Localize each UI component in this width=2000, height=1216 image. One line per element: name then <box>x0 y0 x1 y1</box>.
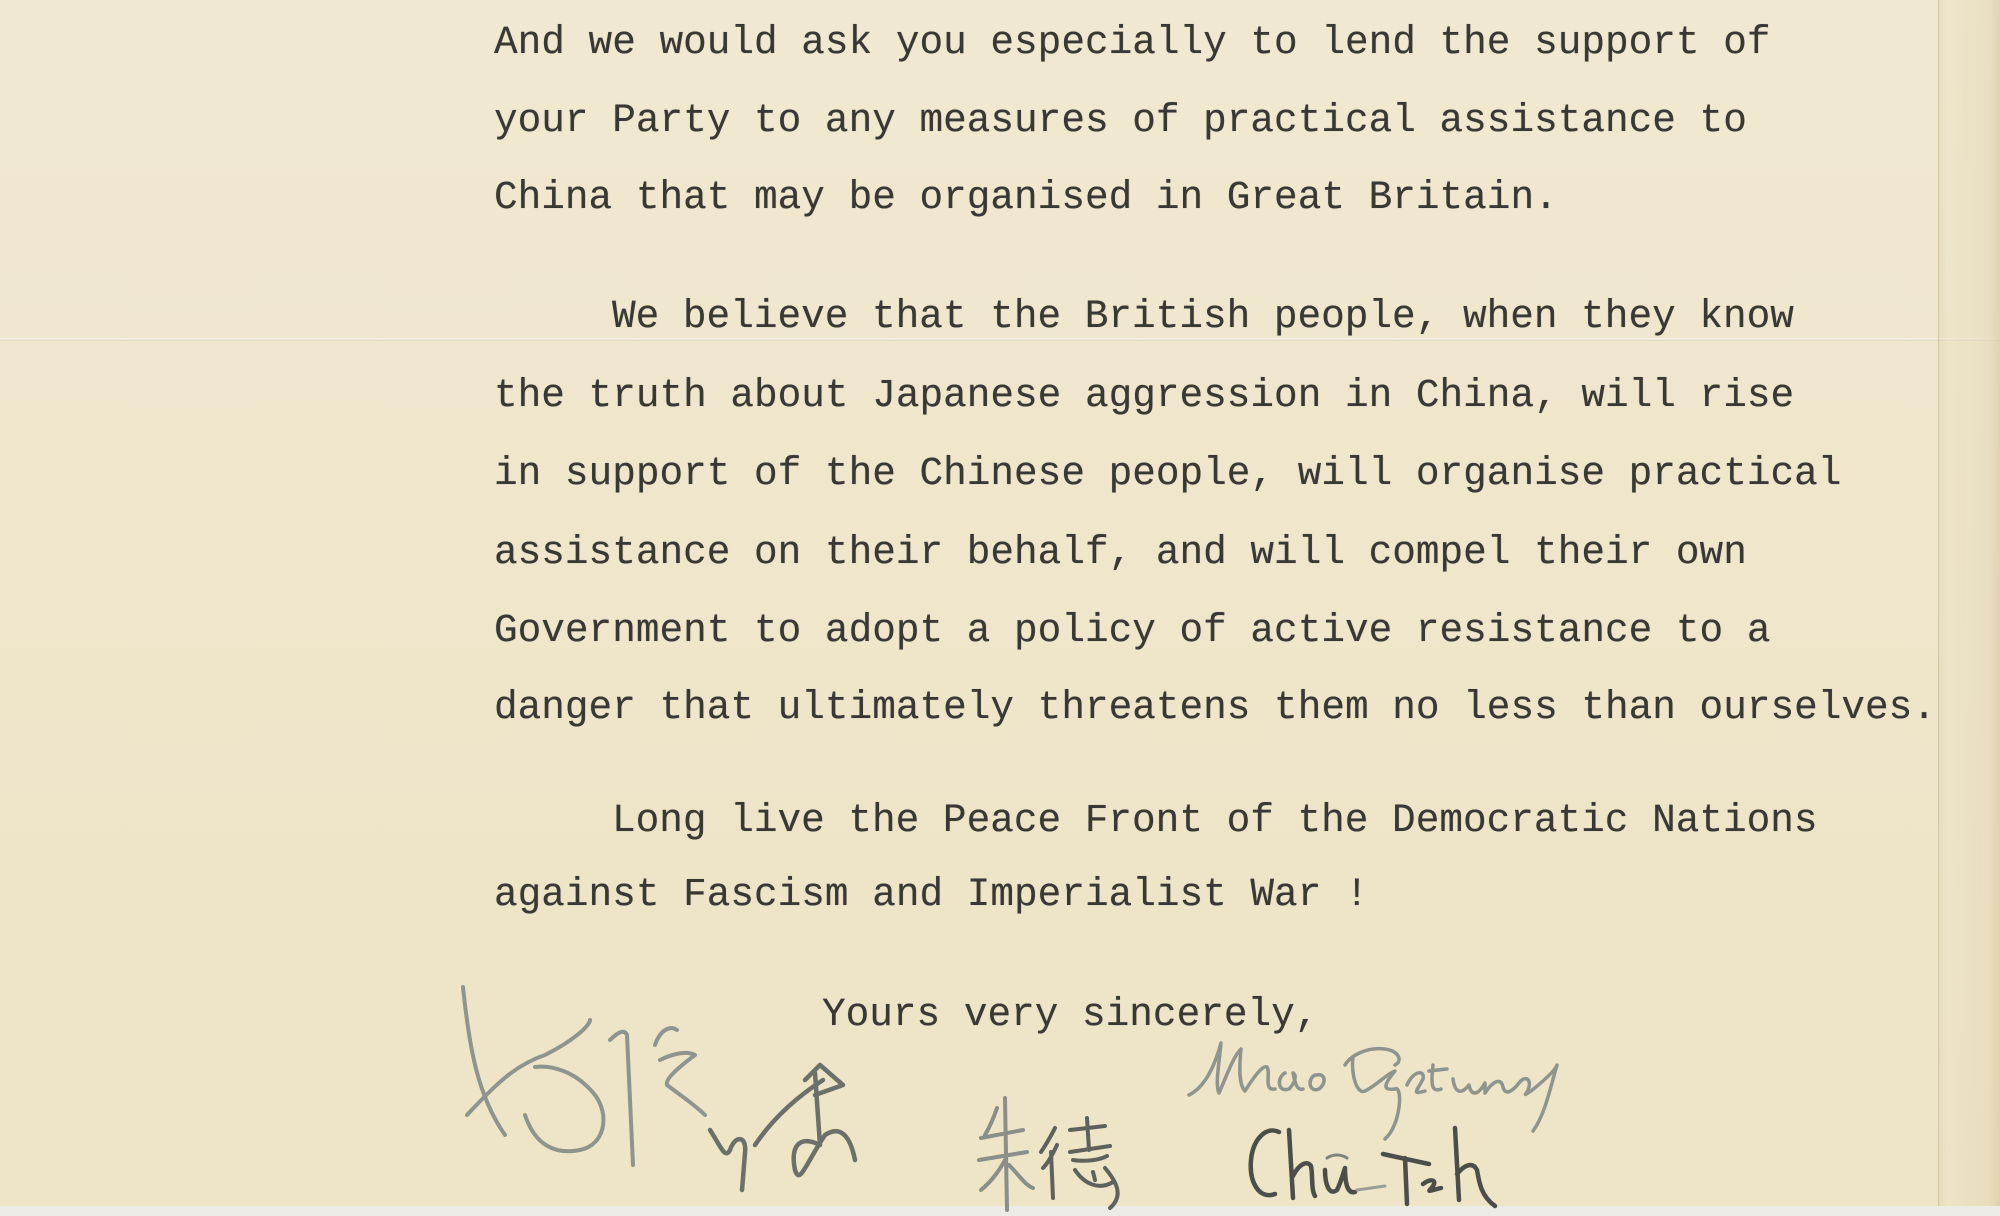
text-line: your Party to any measures of practical … <box>494 101 1747 141</box>
signature-chinese-zhu-de <box>975 1090 1145 1216</box>
text-line-indented: Long live the Peace Front of the Democra… <box>612 801 1818 841</box>
text-line: And we would ask you especially to lend … <box>494 23 1770 63</box>
text-line-indented: We believe that the British people, when… <box>612 297 1794 337</box>
signature-chinese-cursive <box>455 985 915 1215</box>
text-line: Government to adopt a policy of active r… <box>494 611 1770 651</box>
signature-chu-teh <box>1245 1120 1605 1216</box>
text-line: against Fascism and Imperialist War ! <box>494 875 1369 915</box>
text-line: the truth about Japanese aggression in C… <box>494 376 1794 416</box>
text-line: assistance on their behalf, and will com… <box>494 533 1747 573</box>
text-line: in support of the Chinese people, will o… <box>494 454 1841 494</box>
text-line: danger that ultimately threatens them no… <box>494 688 1936 728</box>
text-line: China that may be organised in Great Bri… <box>494 178 1558 218</box>
vertical-fold-crease <box>1938 0 2000 1208</box>
